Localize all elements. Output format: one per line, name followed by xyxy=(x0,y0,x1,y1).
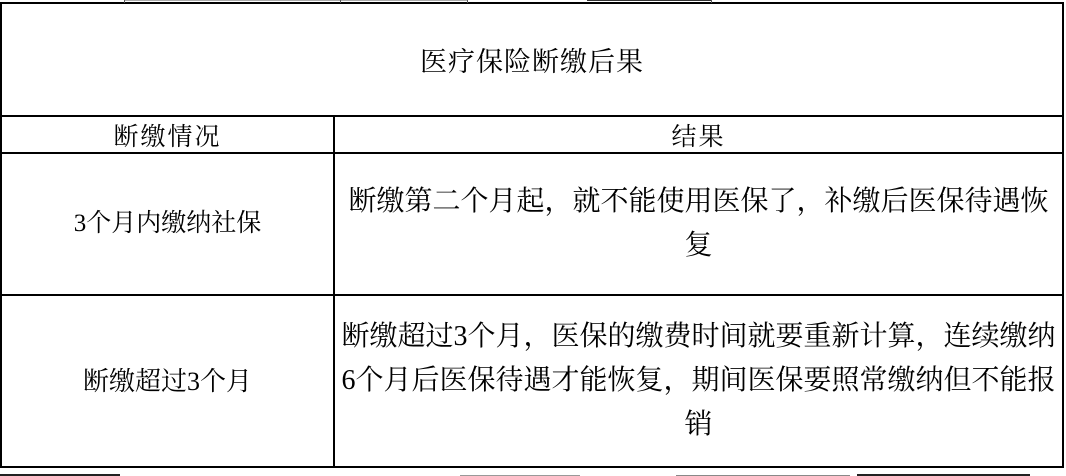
crop-artifact-top-tick xyxy=(340,0,341,3)
row1-result-cell: 断缴第二个月起，就不能使用医保了，补缴后医保待遇恢复 xyxy=(333,152,1062,294)
row1-situation-cell: 3个月内缴纳社保 xyxy=(2,152,333,294)
table-title: 医疗保险断缴后果 xyxy=(2,4,1062,115)
row2-result-cell: 断缴超过3个月，医保的缴费时间就要重新计算，连续缴纳6个月后医保待遇才能恢复，期… xyxy=(333,294,1062,466)
document-page: 医疗保险断缴后果 断缴情况 结果 3个月内缴纳社保 断缴第二个月起，就不能使用医… xyxy=(0,0,1066,476)
crop-artifact-top-tick xyxy=(467,0,468,3)
crop-artifact-top-tick xyxy=(124,0,125,3)
insurance-consequence-table: 医疗保险断缴后果 断缴情况 结果 3个月内缴纳社保 断缴第二个月起，就不能使用医… xyxy=(0,2,1064,468)
column-header-result: 结果 xyxy=(333,115,1062,152)
row2-situation-cell: 断缴超过3个月 xyxy=(2,294,333,466)
crop-artifact-top-segment xyxy=(124,0,467,1)
crop-artifact-top-tick xyxy=(711,0,712,3)
crop-artifact-top-segment xyxy=(587,0,711,1)
column-header-situation: 断缴情况 xyxy=(2,115,333,152)
